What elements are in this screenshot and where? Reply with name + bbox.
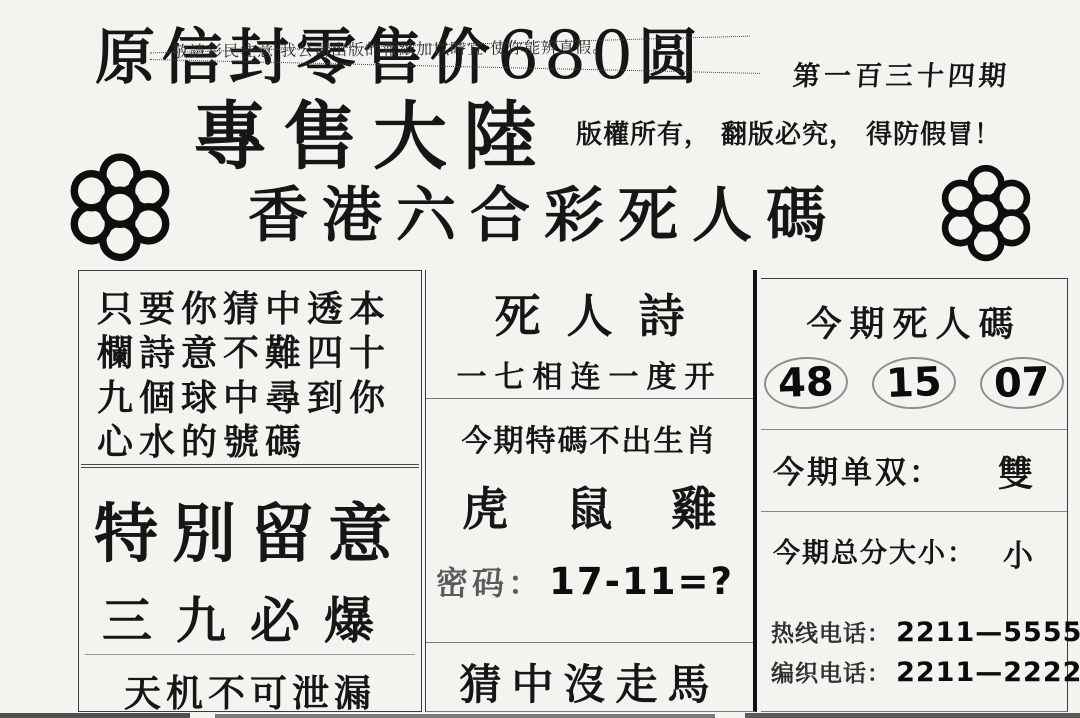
zodiac-exclusion-note: 今期特碼不出生肖: [426, 416, 753, 460]
middle-panel: 死人詩 一七相连一度开 今期特碼不出生肖 虎 鼠 雞 密码： 17-11=? 猜…: [425, 270, 757, 712]
dead-man-poem-line: 一七相连一度开: [426, 352, 753, 396]
number-badge: 15: [871, 356, 956, 411]
total-size-label: 今期总分大小：: [773, 531, 976, 575]
special-notice: 特別留意: [79, 483, 421, 575]
zodiac-item: 鼠: [567, 473, 613, 539]
poem-line: 心水的號碼: [97, 420, 407, 464]
weave-phone-number: 2211—2222: [896, 657, 1080, 688]
odd-even-row: 今期单双： 雙: [761, 447, 1067, 497]
secret-code-label: 密码：: [436, 564, 544, 602]
scan-noise: [0, 713, 190, 718]
dead-man-numbers: 48 15 07: [761, 357, 1067, 409]
flower-cluster-icon: [63, 148, 177, 266]
number-badge: 48: [764, 356, 849, 411]
total-size-row: 今期总分大小： 小: [761, 531, 1067, 575]
scan-noise: [745, 713, 1080, 718]
page-title: 香港六合彩死人碼: [248, 168, 888, 254]
scan-noise: [215, 714, 715, 718]
odd-even-value: 雙: [998, 447, 1033, 497]
hotline-row: 热线电话： 2211—5555: [761, 615, 1067, 648]
divider: [81, 464, 419, 468]
issue-number: 第一百三十四期: [792, 54, 1035, 93]
secret-code-row: 密码： 17-11=?: [426, 558, 753, 604]
lottery-tip-sheet-page: 原信封零售价680圆 敬請彩民注意 我公司出版的報紙加以時宜 使你能辨真假。 第…: [0, 0, 1080, 718]
secret-leak-line: 天机不可泄漏: [79, 663, 421, 717]
zodiac-item: 虎: [462, 473, 508, 539]
number-badge: 07: [979, 356, 1064, 411]
zodiac-item: 雞: [671, 473, 717, 539]
poem-line: 九個球中尋到你: [97, 376, 407, 420]
secret-code-formula: 17-11=?: [549, 560, 734, 603]
odd-even-label: 今期单双：: [773, 447, 943, 497]
divider: [761, 511, 1067, 512]
poem-line: 欄詩意不難四十: [97, 331, 407, 375]
weave-phone-label: 编织电话：: [771, 660, 891, 687]
divider: [426, 642, 753, 643]
divider: [85, 654, 415, 655]
hotline-number: 2211—5555: [896, 617, 1080, 648]
dead-man-numbers-title: 今期死人碼: [761, 297, 1067, 347]
zodiac-row: 虎 鼠 雞: [426, 473, 753, 539]
weave-phone-row: 编织电话： 2211—2222: [761, 655, 1067, 688]
hotline-label: 热线电话：: [771, 620, 891, 647]
poem-line: 只要你猜中透本: [97, 287, 407, 331]
dead-man-poem-title: 死人詩: [426, 280, 753, 346]
middle-footer-line: 猜中沒走馬: [426, 652, 753, 712]
flower-cluster-icon: [935, 160, 1037, 266]
divider: [761, 429, 1067, 430]
left-panel: 只要你猜中透本 欄詩意不難四十 九個球中尋到你 心水的號碼 特別留意 三九必爆 …: [78, 270, 422, 712]
copyright-line: 版權所有， 翻版必究， 得防假冒！: [576, 114, 1046, 151]
divider: [426, 398, 753, 399]
intro-poem: 只要你猜中透本 欄詩意不難四十 九個球中尋到你 心水的號碼: [79, 287, 421, 464]
right-panel: 今期死人碼 48 15 07 今期单双： 雙 今期总分大小： 小 热线电话： 2…: [761, 278, 1068, 712]
must-burst-line: 三九必爆: [79, 581, 421, 653]
total-size-value: 小: [1003, 531, 1033, 575]
